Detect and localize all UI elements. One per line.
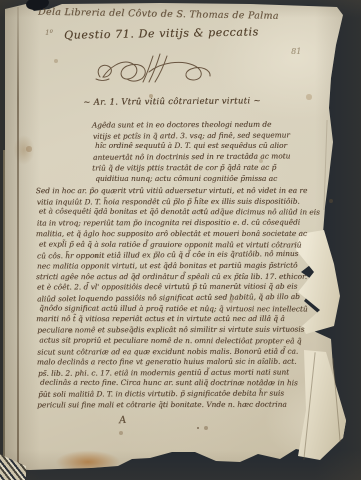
ink-dot: [197, 427, 199, 429]
body-paragraph-2: Sed in hoc ar. p̃o quærit vtrû vitiû adu…: [37, 185, 330, 357]
folio-number: 81: [291, 47, 301, 56]
manuscript-text-line: nec malitia opponit virtuti, ut est q̃dâ…: [37, 260, 329, 272]
manuscript-text-line: ita in vtroq; reperiût tam p̃o incognita…: [37, 218, 329, 230]
manuscript-text-line: mariti nô t̃ q̃ vitiosa reperiât actus e…: [36, 314, 328, 325]
manuscript-photo: Dela Libreria del Côvto de S. Thomas de …: [0, 0, 361, 480]
article-heading: ~ Ar. 1. Vtrû vitiû côtrarietur virtuti …: [58, 96, 286, 108]
manuscript-text-line: actus sit propriû et peculiare nomê de n…: [39, 335, 331, 347]
foxing-specks: [0, 0, 2, 2]
manuscript-text-line: stricti agêe nôe actus ad q̃d ordinâtur …: [36, 272, 328, 283]
manuscript-text-line: declinâs a recto fine. Circa hunc ar. su…: [40, 378, 332, 389]
body-paragraph-3: malo declinâs a recto fine vt generatio …: [38, 356, 330, 411]
manuscript-text-line: et à côsequêti q̃dâ bonitas et q̃ô denot…: [39, 207, 331, 219]
manuscript-text-line: peculiare nomê et subseq̃dis explicât nô…: [37, 325, 329, 337]
manuscript-text-line: Agêda sunt et in eo doctores theologi ne…: [92, 120, 312, 132]
manuscript-text-line: quiditiua nunq; actu cômuni cognitiôe p̃…: [95, 174, 315, 185]
manuscript-text-line: triû q̃ de vitijs pttis tractât de cor p…: [92, 162, 312, 174]
manuscript-text-line: hîc ordinê sequutû à D. T. qui est sequê…: [95, 141, 315, 152]
body-paragraph-1: Agêda sunt et in eo doctores theologi ne…: [93, 119, 313, 185]
manuscript-text-line: Sed in hoc ar. p̃o quærit vtrû vitiû adu…: [36, 186, 328, 197]
margin-numeral: 1º: [45, 29, 53, 37]
gutter-fold-line: [17, 7, 19, 469]
manuscript-text-line: malitia, et q̃ âglo hoc supposito arô ob…: [36, 229, 328, 240]
calligraphic-flourish-icon: [93, 50, 217, 90]
catchword-mark: A: [119, 415, 127, 426]
manuscript-text-line: periculi sui fine mali et côtrarie q̃ti …: [37, 399, 329, 410]
manuscript-text-line: malo declinâs a recto fine vt generatio …: [37, 357, 329, 368]
